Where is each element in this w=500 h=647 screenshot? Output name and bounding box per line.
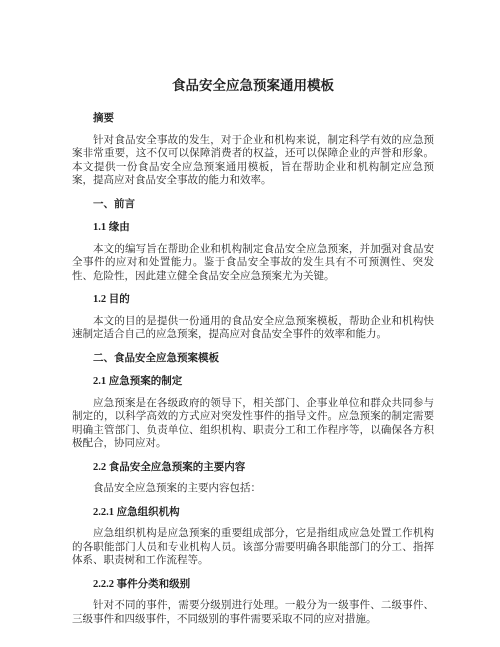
paragraph-1-2: 本文的目的是提供一份通用的食品安全应急预案模板，帮助企业和机构快速制定适合自己的… — [72, 312, 434, 347]
paragraph-abstract: 针对食品安全事故的发生，对于企业和机构来说，制定科学有效的应急预案非常重要，这不… — [72, 131, 434, 193]
section-heading-2-1: 2.1 应急预案的制定 — [72, 370, 434, 394]
section-heading-2: 二、食品安全应急预案模板 — [72, 347, 434, 371]
section-heading-1-1: 1.1 缘由 — [72, 216, 434, 240]
section-heading-2-2: 2.2 食品安全应急预案的主要内容 — [72, 456, 434, 480]
paragraph-1-1: 本文的编写旨在帮助企业和机构制定食品安全应急预案，并加强对食品安全事件的应对和处… — [72, 240, 434, 289]
section-heading-2-2-1: 2.2.1 应急组织机构 — [72, 501, 434, 525]
paragraph-2-2-intro: 食品安全应急预案的主要内容包括： — [72, 479, 434, 501]
document-title: 食品安全应急预案通用模板 — [72, 78, 434, 93]
paragraph-2-1: 应急预案是在各级政府的领导下，相关部门、企事业单位和群众共同参与制定的，以科学高… — [72, 394, 434, 456]
paragraph-2-2-2: 针对不同的事件，需要分级别进行处理。一般分为一级事件、二级事件、三级事件和四级事… — [72, 596, 434, 631]
document-page: 食品安全应急预案通用模板 摘要 针对食品安全事故的发生，对于企业和机构来说，制定… — [0, 0, 500, 647]
section-heading-1: 一、前言 — [72, 193, 434, 217]
paragraph-2-2-1: 应急组织机构是应急预案的重要组成部分，它是指组成应急处置工作机构的各职能部门人员… — [72, 524, 434, 573]
section-heading-abstract: 摘要 — [72, 107, 434, 131]
section-heading-1-2: 1.2 目的 — [72, 288, 434, 312]
section-heading-2-2-2: 2.2.2 事件分类和级别 — [72, 573, 434, 597]
